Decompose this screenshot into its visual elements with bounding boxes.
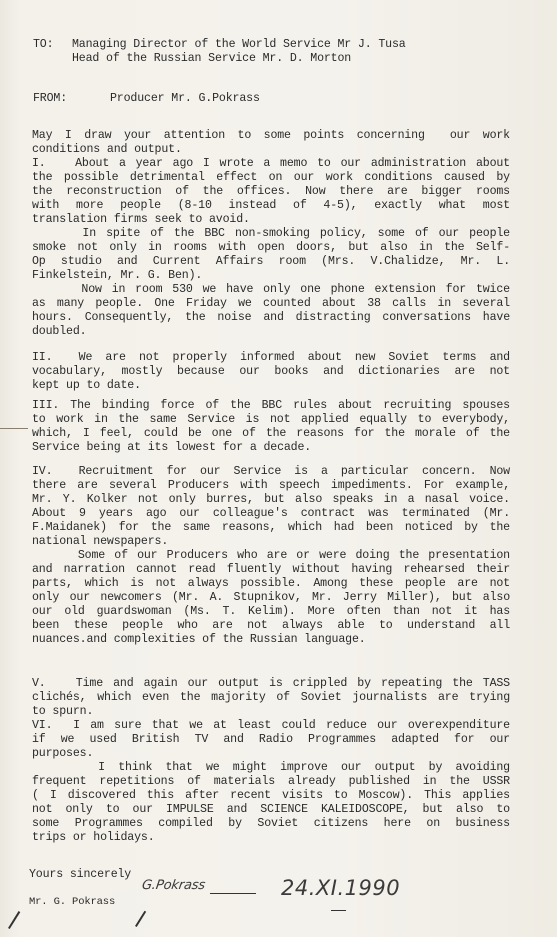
paper-crease: [0, 428, 28, 429]
body-line: VI. I am sure that we at least could red…: [32, 719, 510, 733]
body-line: not only to our IMPULSE and SCIENCE KALE…: [32, 803, 510, 817]
body-line: parts, which is not always possible. Amo…: [32, 577, 510, 591]
body-line: V. Time and again our output is crippled…: [32, 677, 510, 691]
body-line: some Programmes compiled by Soviet citiz…: [32, 817, 510, 831]
body-line: only our newcomers (Mr. A. Stupnikov, Mr…: [32, 591, 510, 605]
body-line: ( I discovered this after recent visits …: [32, 789, 510, 803]
body-line: and narration cannot read fluently witho…: [32, 563, 510, 577]
body-line: if we used British TV and Radio Programm…: [32, 733, 510, 747]
body-line: with more people (8-10 instead of 4-5), …: [32, 199, 510, 213]
body-line: nuances.and complexities of the Russian …: [32, 633, 366, 647]
body-line: I think that we might improve our output…: [32, 761, 510, 775]
body-line: national newspapers.: [32, 535, 168, 549]
pen-mark-mid: [135, 911, 146, 927]
body-line: kept up to date.: [32, 379, 141, 393]
to-line-1: Managing Director of the World Service M…: [72, 38, 406, 52]
memo-page: TO: Managing Director of the World Servi…: [0, 0, 557, 937]
body-line: frequent repetitions of materials alread…: [32, 775, 510, 789]
body-line: purposes.: [32, 747, 93, 761]
body-line: vocabulary, mostly because our books and…: [32, 365, 510, 379]
body-line: I. About a year ago I wrote a memo to ou…: [32, 157, 510, 171]
body-line: clichés, which even the majority of Sovi…: [32, 691, 510, 705]
body-line: trips or holidays.: [32, 831, 155, 845]
body-line: hours. Consequently, the noise and distr…: [32, 311, 510, 325]
body-line: which, I feel, could be one of the reaso…: [32, 427, 510, 441]
signatory-name: Mr. G. Pokrass: [29, 895, 115, 909]
body-line: to spurn.: [32, 705, 93, 719]
body-line: About 9 years ago our colleague's contra…: [32, 507, 510, 521]
salutation: Yours sincerely: [29, 868, 131, 882]
pen-mark-left: [8, 911, 20, 929]
body-line: to work in the same Service is not appli…: [32, 413, 510, 427]
body-line: the possible detrimental effect on our w…: [32, 171, 510, 185]
body-line: Now in room 530 we have only one phone e…: [32, 283, 510, 297]
body-line: our old guardswoman (Ms. T. Kelim). More…: [32, 605, 510, 619]
body-line: doubled.: [32, 325, 86, 339]
body-line: IV. Recruitment for our Service is a par…: [32, 465, 510, 479]
body-line: Some of our Producers who are or were do…: [32, 549, 510, 563]
body-line: Mr. Y. Kolker not only burres, but also …: [32, 493, 510, 507]
from-value: Producer Mr. G.Pokrass: [110, 92, 260, 106]
from-label: FROM:: [33, 92, 67, 106]
body-line: Service being at its lowest for a decade…: [32, 441, 311, 455]
body-line: translation firms seek to avoid.: [32, 213, 250, 227]
body-line: conditions and output.: [32, 143, 182, 157]
body-line: as many people. One Friday we counted ab…: [32, 297, 510, 311]
handwritten-signature: G.Pokrass: [141, 878, 206, 893]
handwritten-date: 24.XI.1990: [281, 876, 400, 900]
body-line: smoke not only in rooms with open doors,…: [32, 241, 510, 255]
to-label: TO:: [33, 38, 53, 52]
body-line: In spite of the BBC non-smoking policy, …: [32, 227, 510, 241]
body-line: F.Maidanek) for the same reasons, which …: [32, 521, 510, 535]
to-line-2: Head of the Russian Service Mr. D. Morto…: [72, 52, 351, 66]
body-line: been these people who are not always abl…: [32, 619, 510, 633]
body-line: II. We are not properly informed about n…: [32, 351, 510, 365]
body-line: there are several Producers with speech …: [32, 479, 510, 493]
body-line: Finkelstein, Mr. G. Ben).: [32, 269, 202, 283]
body-line: III. The binding force of the BBC rules …: [32, 399, 510, 413]
body-line: the reconstruction of the offices. Now t…: [32, 185, 510, 199]
body-line: May I draw your attention to some points…: [32, 129, 510, 143]
body-line: Op studio and Current Affairs room (Mrs.…: [32, 255, 510, 269]
date-underline: [331, 910, 346, 911]
signature-dash: [210, 893, 256, 894]
